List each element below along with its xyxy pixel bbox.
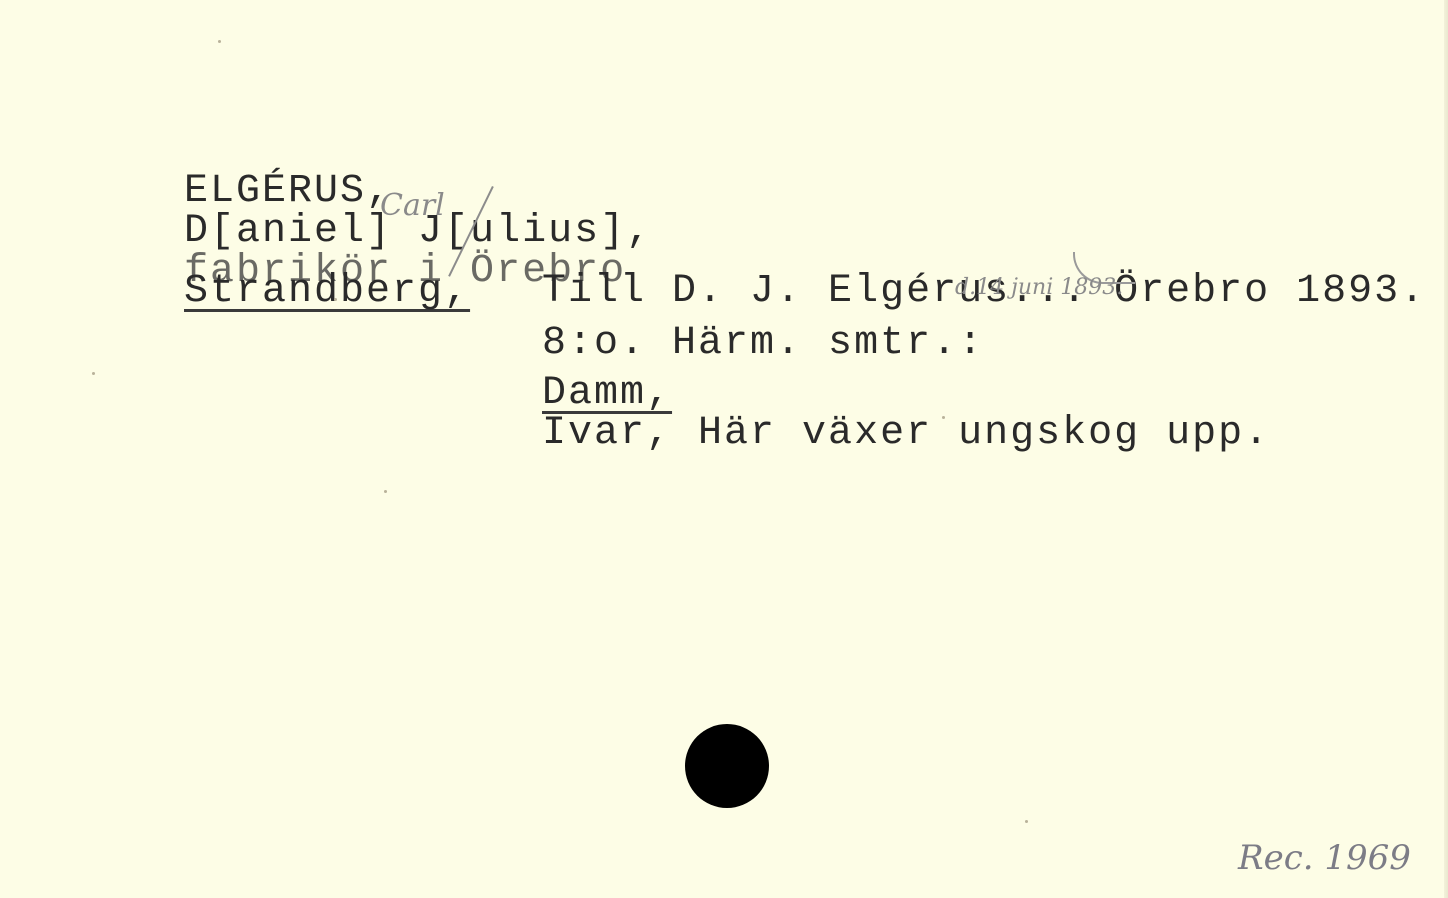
paper-speck [384, 490, 387, 493]
card-edge [1444, 0, 1448, 898]
entry-second-author: Damm, [542, 371, 672, 416]
paper-speck [1025, 820, 1028, 823]
paper-speck [92, 372, 95, 375]
handwritten-date: d.14 juni 1893. [955, 275, 1123, 300]
entry-line-3: Damm, Ivar, Här växer ungskog upp. [438, 334, 1270, 494]
handwritten-rec-note: Rec. 1969 [1238, 838, 1411, 878]
entry-author: Strandberg, [184, 269, 470, 314]
paper-speck [334, 298, 337, 301]
punch-hole [685, 724, 769, 808]
handwritten-firstname: Carl [380, 188, 445, 223]
paper-speck [942, 416, 945, 419]
entry-second-title: Ivar, Här växer ungskog upp. [542, 411, 1270, 456]
catalog-card: ELGÉRUS, D[aniel] J[ulius], fabrikör i Ö… [0, 0, 1448, 898]
entry-line-1: Strandberg, [80, 232, 470, 352]
paper-speck [218, 40, 221, 43]
heading-surname: ELGÉRUS, [184, 169, 392, 214]
